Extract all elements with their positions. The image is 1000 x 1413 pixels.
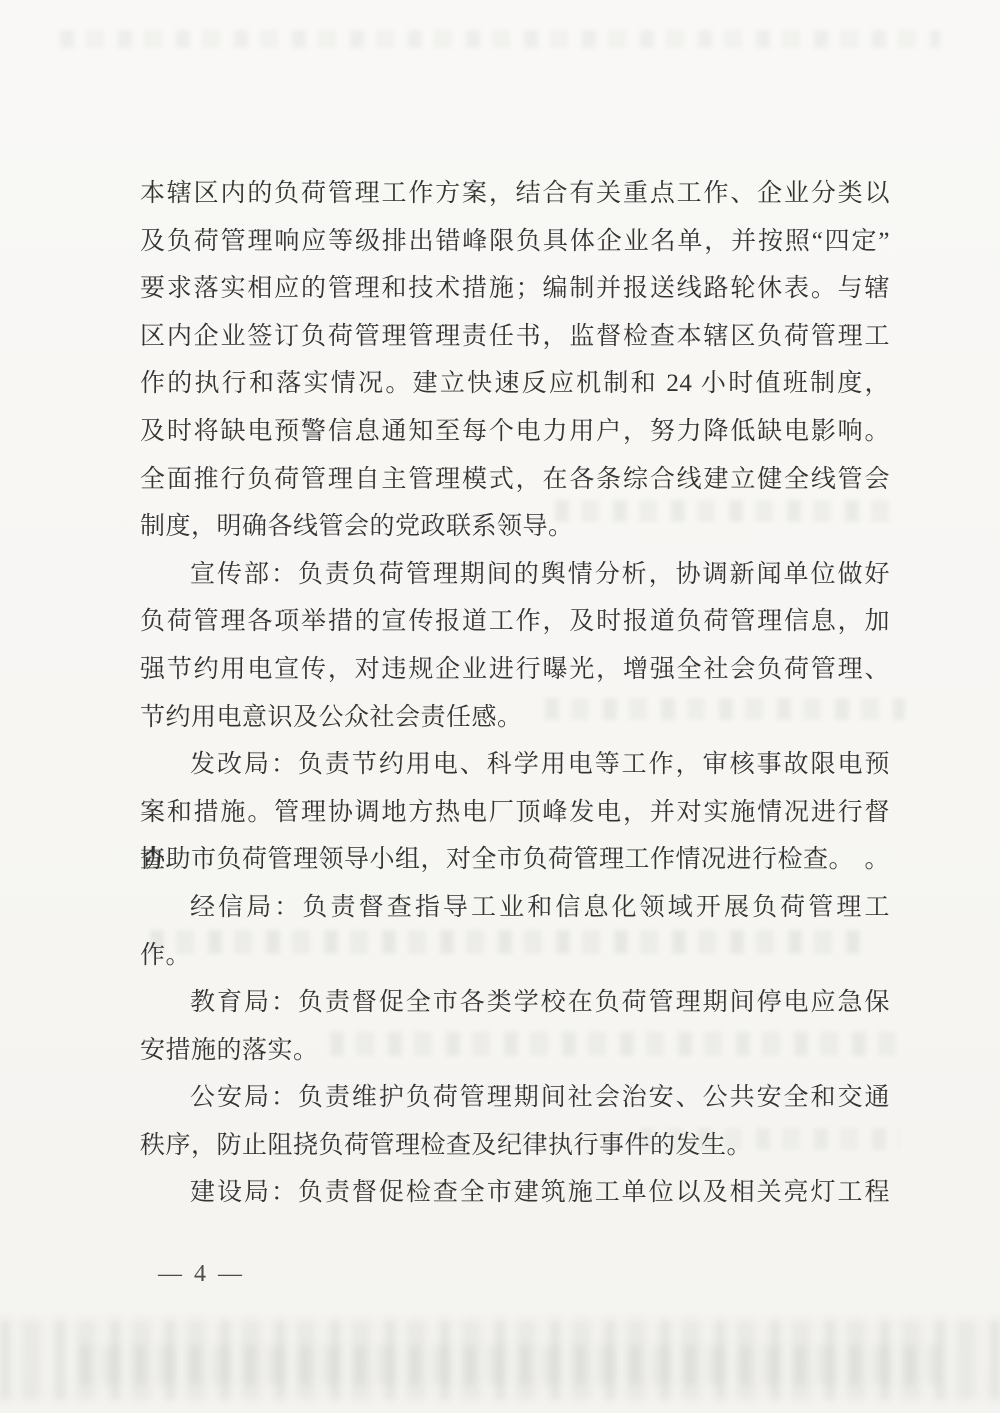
scan-smudge xyxy=(60,30,940,48)
text-line: 强节约用电宣传，对违规企业进行曝光，增强全社会负荷管理、 xyxy=(140,646,890,694)
text-line: 作的执行和落实情况。建立快速反应机制和 24 小时值班制度， xyxy=(140,360,890,408)
text-line: 案和措施。管理协调地方热电厂顶峰发电，并对实施情况进行督查。 xyxy=(140,789,890,837)
text-line: 及时将缺电预警信息通知至每个电力用户，努力降低缺电影响。 xyxy=(140,408,890,456)
text-line: 安措施的落实。 xyxy=(140,1027,890,1075)
text-line: 及负荷管理响应等级排出错峰限负具体企业名单，并按照“四定” xyxy=(140,218,890,266)
text-line: 制度，明确各线管会的党政联系领导。 xyxy=(140,503,890,551)
document-body: 本辖区内的负荷管理工作方案，结合有关重点工作、企业分类以 及负荷管理响应等级排出… xyxy=(140,170,890,1217)
scan-smudge xyxy=(80,1345,940,1385)
text-line: 发改局：负责节约用电、科学用电等工作，审核事故限电预 xyxy=(140,741,890,789)
text-line: 作。 xyxy=(140,932,890,980)
text-line: 经信局：负责督查指导工业和信息化领域开展负荷管理工 xyxy=(140,884,890,932)
text-line: 节约用电意识及公众社会责任感。 xyxy=(140,694,890,742)
scanned-document-page: 本辖区内的负荷管理工作方案，结合有关重点工作、企业分类以 及负荷管理响应等级排出… xyxy=(0,0,1000,1413)
text-line: 区内企业签订负荷管理管理责任书，监督检查本辖区负荷管理工 xyxy=(140,313,890,361)
scan-smudge xyxy=(0,1320,1000,1400)
text-line: 全面推行负荷管理自主管理模式，在各条综合线建立健全线管会 xyxy=(140,456,890,504)
page-number: — 4 — xyxy=(158,1261,245,1287)
text-line: 宣传部：负责负荷管理期间的舆情分析，协调新闻单位做好 xyxy=(140,551,890,599)
text-line: 教育局：负责督促全市各类学校在负荷管理期间停电应急保 xyxy=(140,979,890,1027)
text-line: 要求落实相应的管理和技术措施；编制并报送线路轮休表。与辖 xyxy=(140,265,890,313)
text-line: 秩序，防止阻挠负荷管理检查及纪律执行事件的发生。 xyxy=(140,1122,890,1170)
text-line: 公安局：负责维护负荷管理期间社会治安、公共安全和交通 xyxy=(140,1074,890,1122)
text-line: 本辖区内的负荷管理工作方案，结合有关重点工作、企业分类以 xyxy=(140,170,890,218)
text-line: 负荷管理各项举措的宣传报道工作，及时报道负荷管理信息，加 xyxy=(140,598,890,646)
text-line: 协助市负荷管理领导小组，对全市负荷管理工作情况进行检查。 xyxy=(140,836,890,884)
text-line: 建设局：负责督促检查全市建筑施工单位以及相关亮灯工程 xyxy=(140,1169,890,1217)
